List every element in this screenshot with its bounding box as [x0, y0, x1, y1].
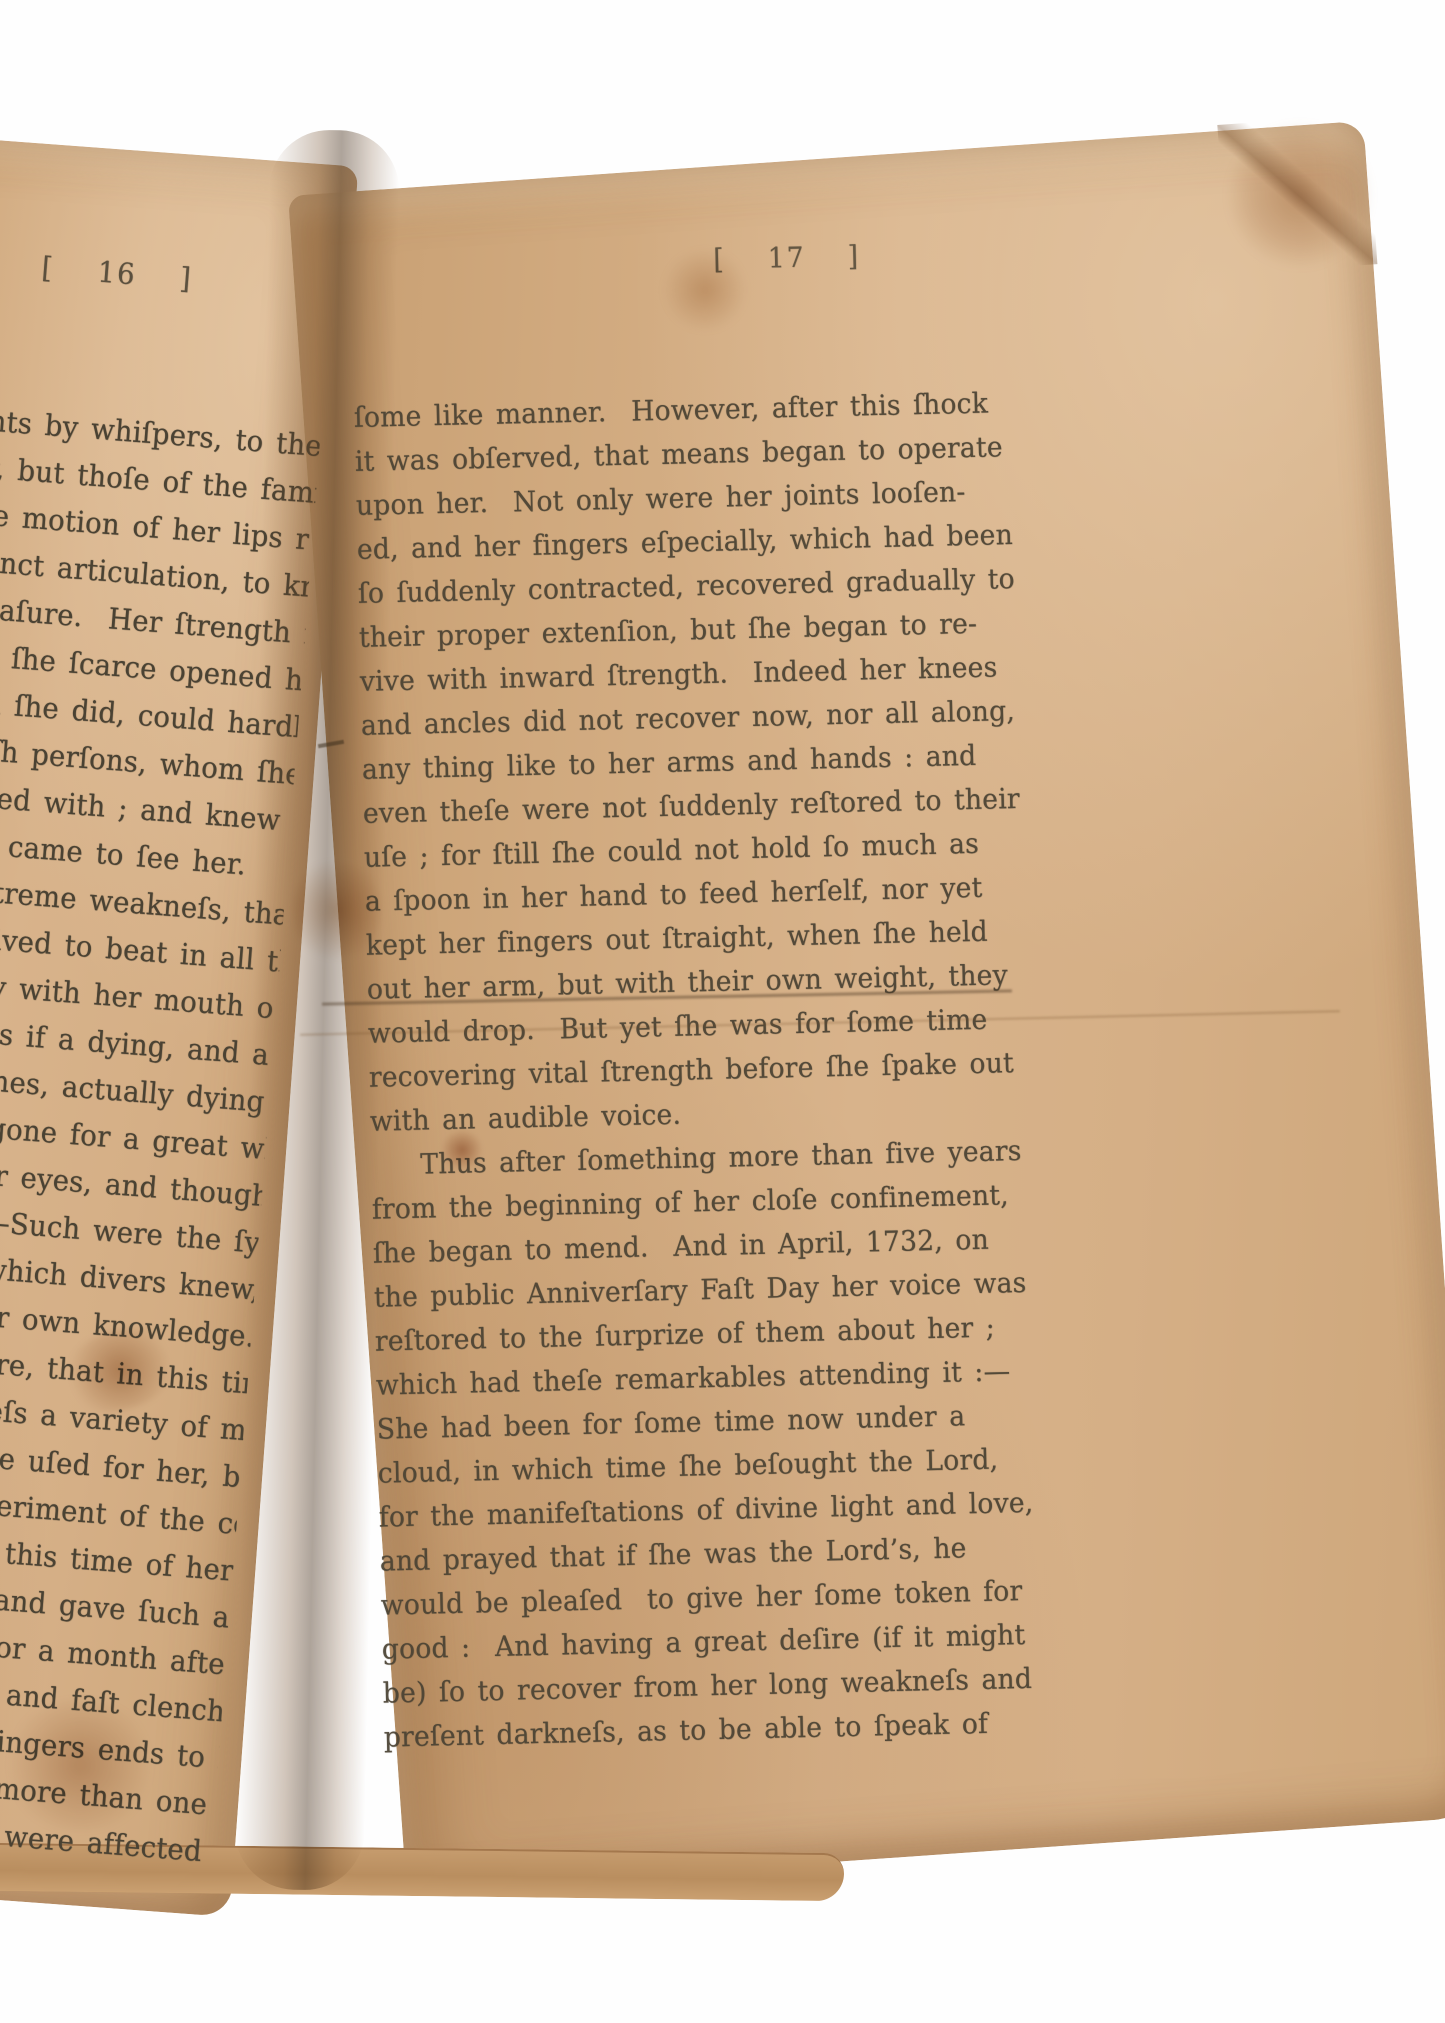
right-page-number: [ 17 ]: [713, 231, 997, 281]
photo-background: [ 16 ] ghts by whiſpers, to the uay, but…: [0, 0, 1445, 2023]
dogear-crease: [1217, 115, 1377, 275]
right-page-text: ſome like manner. However, after this ſh…: [353, 381, 1030, 1759]
